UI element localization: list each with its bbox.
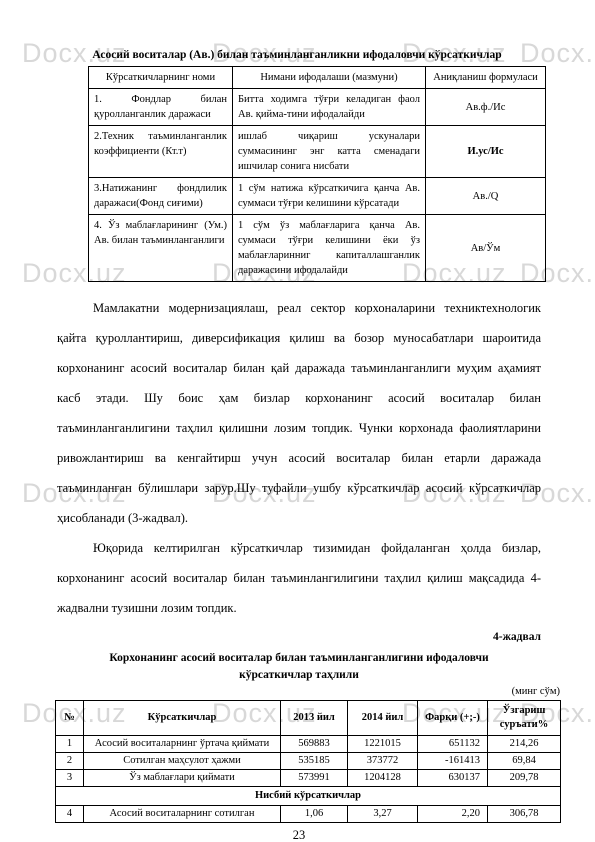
value-2013: 569883 bbox=[281, 736, 348, 753]
table2-number-label: 4-жадвал bbox=[57, 629, 541, 645]
paragraph-2: Юқорида келтирилган кўрсаткичлар тизимид… bbox=[57, 533, 541, 623]
value-2014: 3,27 bbox=[348, 806, 418, 823]
section-header: Нисбий кўрсаткичлар bbox=[56, 787, 561, 806]
table1-header-meaning: Нимани ифодалаши (мазмуни) bbox=[233, 67, 426, 89]
value-2013: 535185 bbox=[281, 753, 348, 770]
value-2014: 1204128 bbox=[348, 770, 418, 787]
table1-header-name: Кўрсаткичларнинг номи bbox=[89, 67, 233, 89]
table-row: 2.Техник таъминланганлик коэффициенти (К… bbox=[89, 126, 546, 178]
indicator-formula: Ав/Ўм bbox=[426, 215, 546, 282]
table2-title: Корхонанинг асосий воситалар билан таъми… bbox=[84, 650, 514, 684]
table-row: 2 Сотилган маҳсулот ҳажми 535185 373772 … bbox=[56, 753, 561, 770]
value-2014: 1221015 bbox=[348, 736, 418, 753]
analysis-header-row: № Кўрсаткичлар 2013 йил 2014 йил Фарқи (… bbox=[56, 701, 561, 736]
value-rate: 209,78 bbox=[488, 770, 561, 787]
col-header-2013: 2013 йил bbox=[281, 701, 348, 736]
value-rate: 214,26 bbox=[488, 736, 561, 753]
table1-header-row: Кўрсаткичларнинг номи Нимани ифодалаши (… bbox=[89, 67, 546, 89]
table-row: 4 Асосий воситаларнинг сотилган 1,06 3,2… bbox=[56, 806, 561, 823]
indicator-name: 3.Натижанинг фондлилик даражаси(Фонд сиғ… bbox=[89, 178, 233, 215]
unit-note: (минг сўм) bbox=[55, 685, 560, 699]
value-diff: -161413 bbox=[418, 753, 488, 770]
col-header-rate: Ўзгариш суръати% bbox=[488, 701, 561, 736]
indicator-meaning: Битта ходимга тўғри келадиган фаол Ав. қ… bbox=[233, 89, 426, 126]
col-header-2014: 2014 йил bbox=[348, 701, 418, 736]
value-rate: 69,84 bbox=[488, 753, 561, 770]
table-row: 4. Ўз маблағларининг (Ум.) Ав. билан таъ… bbox=[89, 215, 546, 282]
indicator-meaning: 1 сўм натижа кўрсаткичига қанча Ав. сумм… bbox=[233, 178, 426, 215]
table1-header-formula: Аниқланиш формуласи bbox=[426, 67, 546, 89]
indicator-name: 2.Техник таъминланганлик коэффициенти (К… bbox=[89, 126, 233, 178]
row-number: 3 bbox=[56, 770, 84, 787]
page-number: 23 bbox=[57, 828, 541, 842]
value-2014: 373772 bbox=[348, 753, 418, 770]
col-header-num: № bbox=[56, 701, 84, 736]
table-row: 1 Асосий воситаларнинг ўртача қиймати 56… bbox=[56, 736, 561, 753]
value-2013: 573991 bbox=[281, 770, 348, 787]
value-diff: 651132 bbox=[418, 736, 488, 753]
col-header-diff: Фарқи (+;-) bbox=[418, 701, 488, 736]
row-indicator: Сотилган маҳсулот ҳажми bbox=[84, 753, 281, 770]
page-content: Асосий воситалар (Ав.) билан таъминланга… bbox=[57, 48, 541, 842]
col-header-indicator: Кўрсаткичлар bbox=[84, 701, 281, 736]
table1-title: Асосий воситалар (Ав.) билан таъминланга… bbox=[47, 48, 547, 63]
value-2013: 1,06 bbox=[281, 806, 348, 823]
analysis-table: № Кўрсаткичлар 2013 йил 2014 йил Фарқи (… bbox=[55, 700, 561, 823]
indicator-formula: Ав./Q bbox=[426, 178, 546, 215]
document-page: Docx.uz Docx.uz Docx.uz Docx.uz Docx.uz … bbox=[0, 0, 595, 842]
value-rate: 306,78 bbox=[488, 806, 561, 823]
indicator-formula: Ав.ф./Ис bbox=[426, 89, 546, 126]
row-number: 4 bbox=[56, 806, 84, 823]
indicator-meaning: ишлаб чиқариш ускуналари суммасининг энг… bbox=[233, 126, 426, 178]
indicator-name: 1. Фондлар билан қуролланганлик даражаси bbox=[89, 89, 233, 126]
row-number: 2 bbox=[56, 753, 84, 770]
table-row: 3.Натижанинг фондлилик даражаси(Фонд сиғ… bbox=[89, 178, 546, 215]
table-row: 3 Ўз маблағлари қиймати 573991 1204128 6… bbox=[56, 770, 561, 787]
indicators-definition-table: Кўрсаткичларнинг номи Нимани ифодалаши (… bbox=[88, 66, 546, 282]
paragraph-1: Мамлакатни модернизациялаш, реал сектор … bbox=[57, 293, 541, 533]
section-header-row: Нисбий кўрсаткичлар bbox=[56, 787, 561, 806]
indicator-meaning: 1 сўм ўз маблағларига қанча Ав. суммаси … bbox=[233, 215, 426, 282]
row-indicator: Асосий воситаларнинг ўртача қиймати bbox=[84, 736, 281, 753]
table-row: 1. Фондлар билан қуролланганлик даражаси… bbox=[89, 89, 546, 126]
indicator-name: 4. Ўз маблағларининг (Ум.) Ав. билан таъ… bbox=[89, 215, 233, 282]
row-indicator: Асосий воситаларнинг сотилган bbox=[84, 806, 281, 823]
row-indicator: Ўз маблағлари қиймати bbox=[84, 770, 281, 787]
value-diff: 630137 bbox=[418, 770, 488, 787]
row-number: 1 bbox=[56, 736, 84, 753]
value-diff: 2,20 bbox=[418, 806, 488, 823]
table2-block: (минг сўм) № Кўрсаткичлар 2013 йил 2014 … bbox=[55, 685, 560, 823]
indicator-formula: И.ус/Ис bbox=[426, 126, 546, 178]
